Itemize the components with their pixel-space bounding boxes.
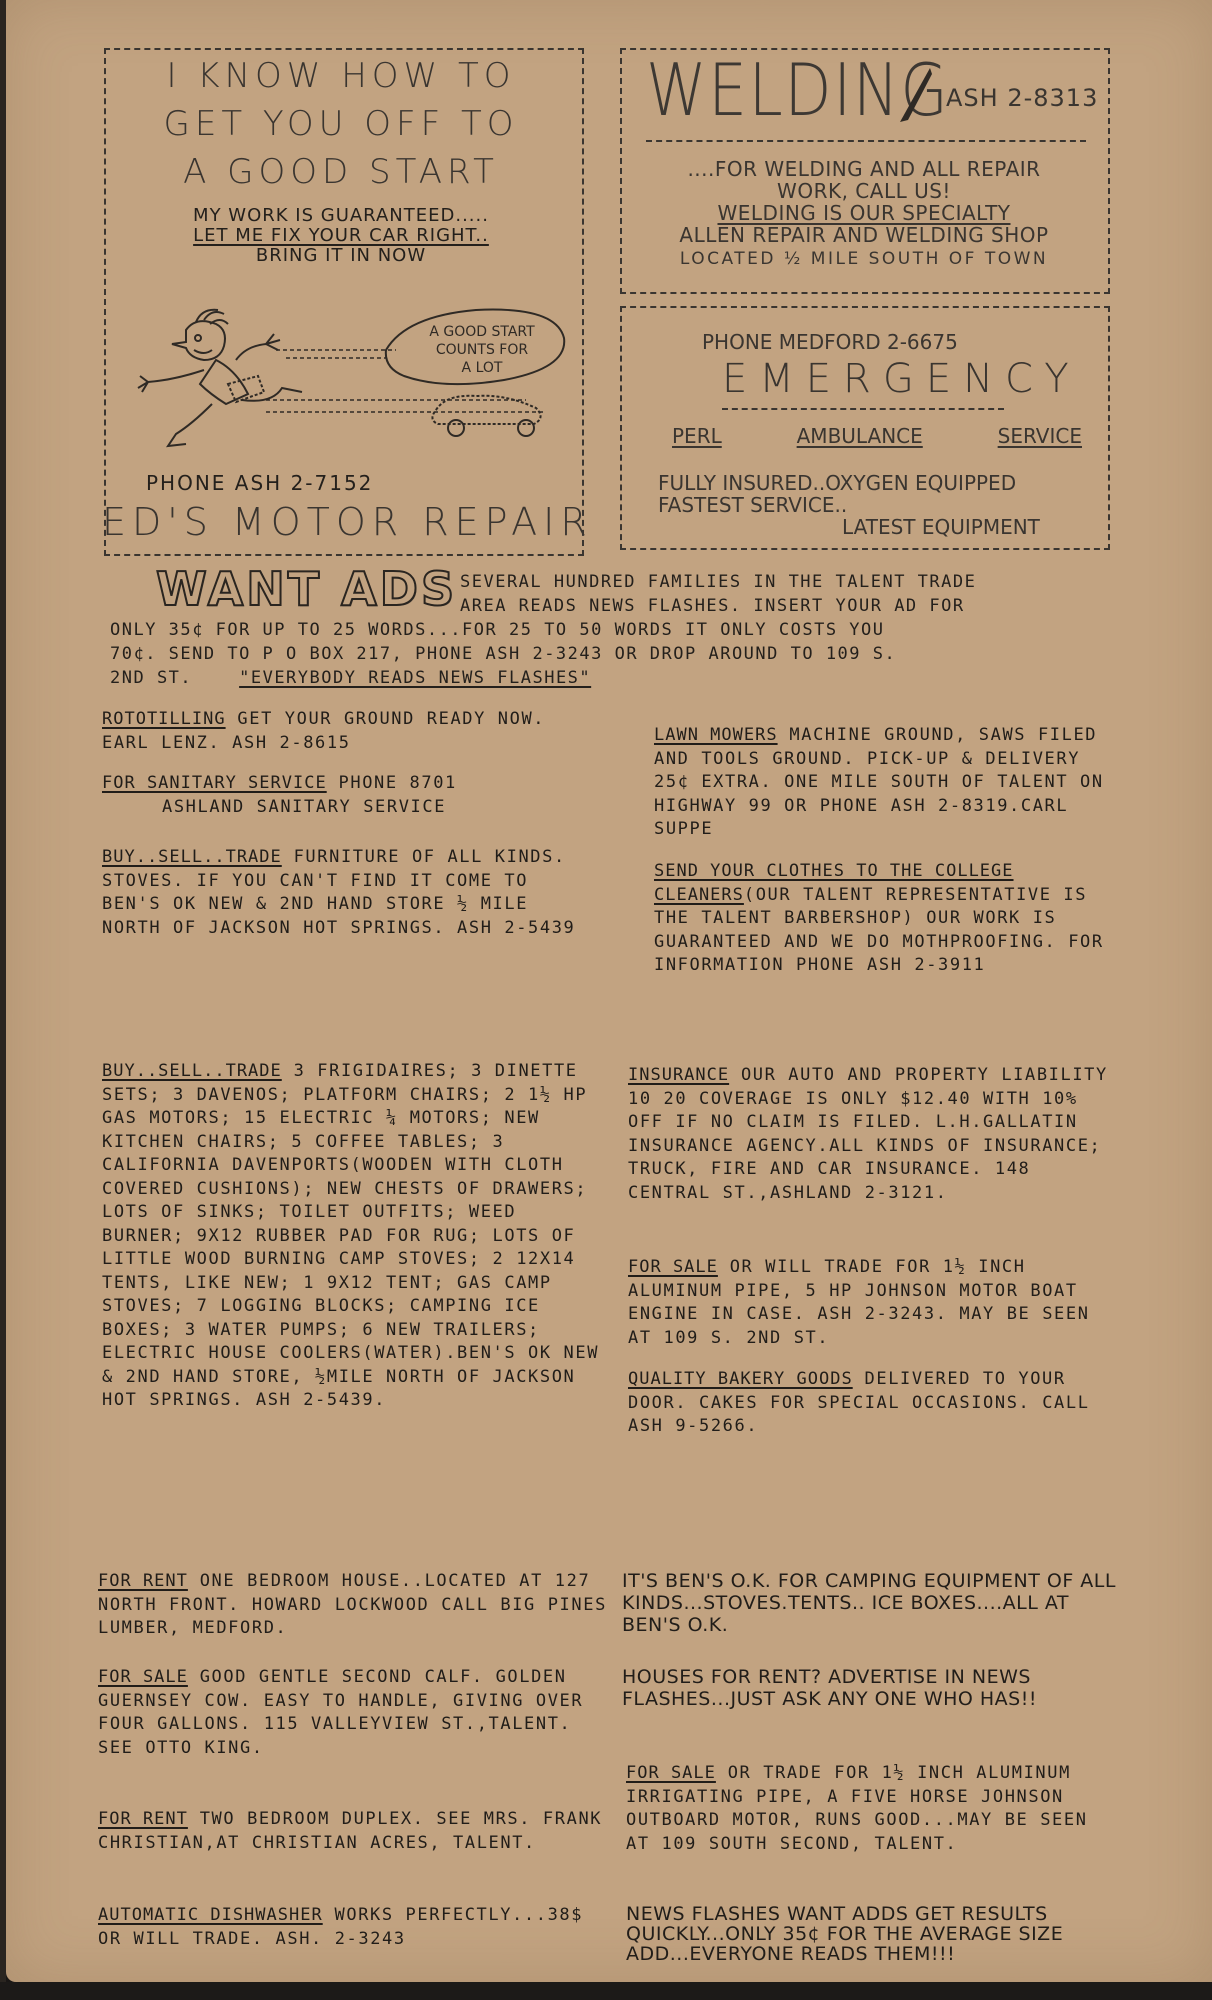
ad-bakery-goods: QUALITY BAKERY GOODS delivered to your d… — [628, 1368, 1108, 1439]
emergency-line: FULLY INSURED..OXYGEN EQUIPPED — [658, 472, 1040, 494]
ad-heading: ROTOTILLING — [102, 709, 226, 729]
ad-heading: AUTOMATIC DISHWASHER — [98, 1905, 323, 1925]
emergency-underline — [722, 408, 1004, 410]
welding-body: ....FOR WELDING AND ALL REPAIR WORK, CAL… — [624, 158, 1104, 270]
ad-body: NEWS FLASHES WANT ADDS GET RESULTS QUICK… — [626, 1903, 1063, 1965]
eds-body: MY WORK IS GUARANTEED..... LET ME FIX YO… — [106, 206, 576, 266]
eds-bring-line: BRING IT IN NOW — [106, 246, 576, 266]
service-word: PERL — [672, 424, 722, 448]
ad-bens-camping: IT'S BEN'S O.K. FOR CAMPING EQUIPMENT OF… — [622, 1570, 1122, 1636]
welding-line: ....FOR WELDING AND ALL REPAIR — [624, 158, 1104, 180]
headline-line: A GOOD START — [106, 148, 576, 196]
eds-business-name: ED'S MOTOR REPAIR — [102, 500, 593, 544]
welding-shop-name: ALLEN REPAIR AND WELDING SHOP — [624, 224, 1104, 246]
want-ads-title: WANT ADS — [156, 562, 457, 616]
svg-text:A GOOD START: A GOOD START — [429, 324, 535, 340]
welding-phone: ASH 2-8313 — [946, 84, 1098, 112]
ad-body: phone 8701 — [327, 773, 457, 793]
ad-buy-sell-trade-furniture: BUY..SELL..TRADE Furniture of all kinds.… — [102, 846, 592, 940]
ad-heading: FOR SALE — [626, 1763, 716, 1783]
emergency-line: LATEST EQUIPMENT — [658, 516, 1040, 538]
want-ads-intro-top: Several hundred families in the Talent T… — [460, 570, 1100, 618]
intro-line: Area reads NEWS FLASHES. Insert your ad … — [460, 594, 1100, 618]
welding-torch-icon — [894, 66, 934, 126]
ad-news-flashes-promo: NEWS FLASHES WANT ADDS GET RESULTS QUICK… — [626, 1904, 1126, 1964]
newsletter-page: I KNOW HOW TO GET YOU OFF TO A GOOD STAR… — [6, 0, 1212, 1982]
ad-for-sale-cow: FOR SALE Good gentle second calf. Golden… — [98, 1666, 608, 1760]
welding-divider — [646, 140, 1086, 142]
eds-guarantee: MY WORK IS GUARANTEED..... — [106, 206, 576, 226]
ad-for-sale-irrigating-pipe: FOR SALE or trade for 1½ inch aluminum i… — [626, 1762, 1116, 1856]
ad-heading: FOR RENT — [98, 1809, 188, 1829]
ad-lawn-mowers: LAWN MOWERS machine ground, saws filed a… — [654, 724, 1124, 842]
scan-edge-bottom — [0, 1982, 1212, 2000]
ad-body: 3 Frigidaires; 3 dinette sets; 3 davenos… — [102, 1061, 599, 1410]
ad-body: ASHLAND SANITARY SERVICE — [102, 796, 572, 820]
welding-specialty: WELDING IS OUR SPECIALTY — [717, 202, 1010, 224]
ad-heading: QUALITY BAKERY GOODS — [628, 1369, 853, 1389]
emergency-service-row: PERL AMBULANCE SERVICE — [672, 424, 1082, 448]
eds-phone: PHONE ASH 2-7152 — [146, 472, 373, 495]
ad-for-rent-house: FOR RENT One bedroom house..located at 1… — [98, 1570, 608, 1641]
ad-insurance: INSURANCE Our auto and property liabilit… — [628, 1064, 1108, 1205]
ad-heading: FOR RENT — [98, 1571, 188, 1591]
emergency-body: FULLY INSURED..OXYGEN EQUIPPED FASTEST S… — [658, 472, 1040, 538]
ad-for-rent-duplex: FOR RENT Two bedroom Duplex. see Mrs. Fr… — [98, 1808, 608, 1855]
ad-heading: BUY..SELL..TRADE — [102, 847, 282, 867]
ad-body: Our auto and property liability 10 20 co… — [628, 1065, 1108, 1203]
eds-fix-line: LET ME FIX YOUR CAR RIGHT.. — [193, 226, 489, 246]
ad-heading: FOR SANITARY SERVICE — [102, 773, 327, 793]
ad-sanitary-service: FOR SANITARY SERVICE phone 8701 ASHLAND … — [102, 772, 572, 819]
ad-college-cleaners: SEND YOUR CLOTHES TO THE COLLEGE CLEANER… — [654, 860, 1124, 978]
ad-body: HOUSES FOR RENT? ADVERTISE IN NEWS FLASH… — [622, 1666, 1037, 1710]
service-word: SERVICE — [998, 424, 1082, 448]
headline-line: I KNOW HOW TO — [106, 52, 576, 100]
intro-line: 70¢. Send to P O Box 217, phone Ash 2-32… — [110, 642, 1110, 666]
intro-line: Several hundred families in the Talent T… — [460, 570, 1100, 594]
headline-line: GET YOU OFF TO — [106, 100, 576, 148]
ad-dishwasher: AUTOMATIC DISHWASHER works perfectly...3… — [98, 1904, 608, 1951]
emergency-phone: PHONE MEDFORD 2-6675 — [702, 330, 958, 354]
welding-location: LOCATED ½ MILE SOUTH OF TOWN — [624, 248, 1104, 270]
ad-heading: BUY..SELL..TRADE — [102, 1061, 282, 1081]
svg-text:A LOT: A LOT — [462, 360, 503, 376]
want-ads-intro-bottom: only 35¢ for up to 25 words...for 25 to … — [110, 618, 1110, 690]
intro-line: 2nd St. — [110, 668, 192, 688]
ad-heading: INSURANCE — [628, 1065, 729, 1085]
ad-houses-for-rent: HOUSES FOR RENT? ADVERTISE IN NEWS FLASH… — [622, 1666, 1102, 1710]
emergency-line: FASTEST SERVICE.. — [658, 494, 1040, 516]
eds-headline: I KNOW HOW TO GET YOU OFF TO A GOOD STAR… — [106, 52, 576, 196]
running-man-cartoon-icon: A GOOD START COUNTS FOR A LOT — [116, 300, 576, 470]
ad-heading: LAWN MOWERS — [654, 725, 778, 745]
welding-line: WORK, CALL US! — [624, 180, 1104, 202]
svg-text:COUNTS FOR: COUNTS FOR — [436, 342, 528, 358]
ad-body: IT'S BEN'S O.K. FOR CAMPING EQUIPMENT OF… — [622, 1570, 1116, 1636]
service-word: AMBULANCE — [797, 424, 923, 448]
ad-heading: FOR SALE — [98, 1667, 188, 1687]
ad-buy-sell-trade-inventory: BUY..SELL..TRADE 3 Frigidaires; 3 dinett… — [102, 1060, 602, 1413]
ad-for-sale-pipe-motor: FOR SALE or will trade for 1½ inch alumi… — [628, 1256, 1108, 1350]
ad-rototilling: ROTOTILLING Get your ground ready now. E… — [102, 708, 572, 755]
intro-line: only 35¢ for up to 25 words...for 25 to … — [110, 618, 1110, 642]
ad-heading: FOR SALE — [628, 1257, 718, 1277]
emergency-title: EMERGENCY — [722, 356, 1081, 402]
slogan: "EVERYBODY READS NEWS FLASHES" — [239, 668, 591, 688]
